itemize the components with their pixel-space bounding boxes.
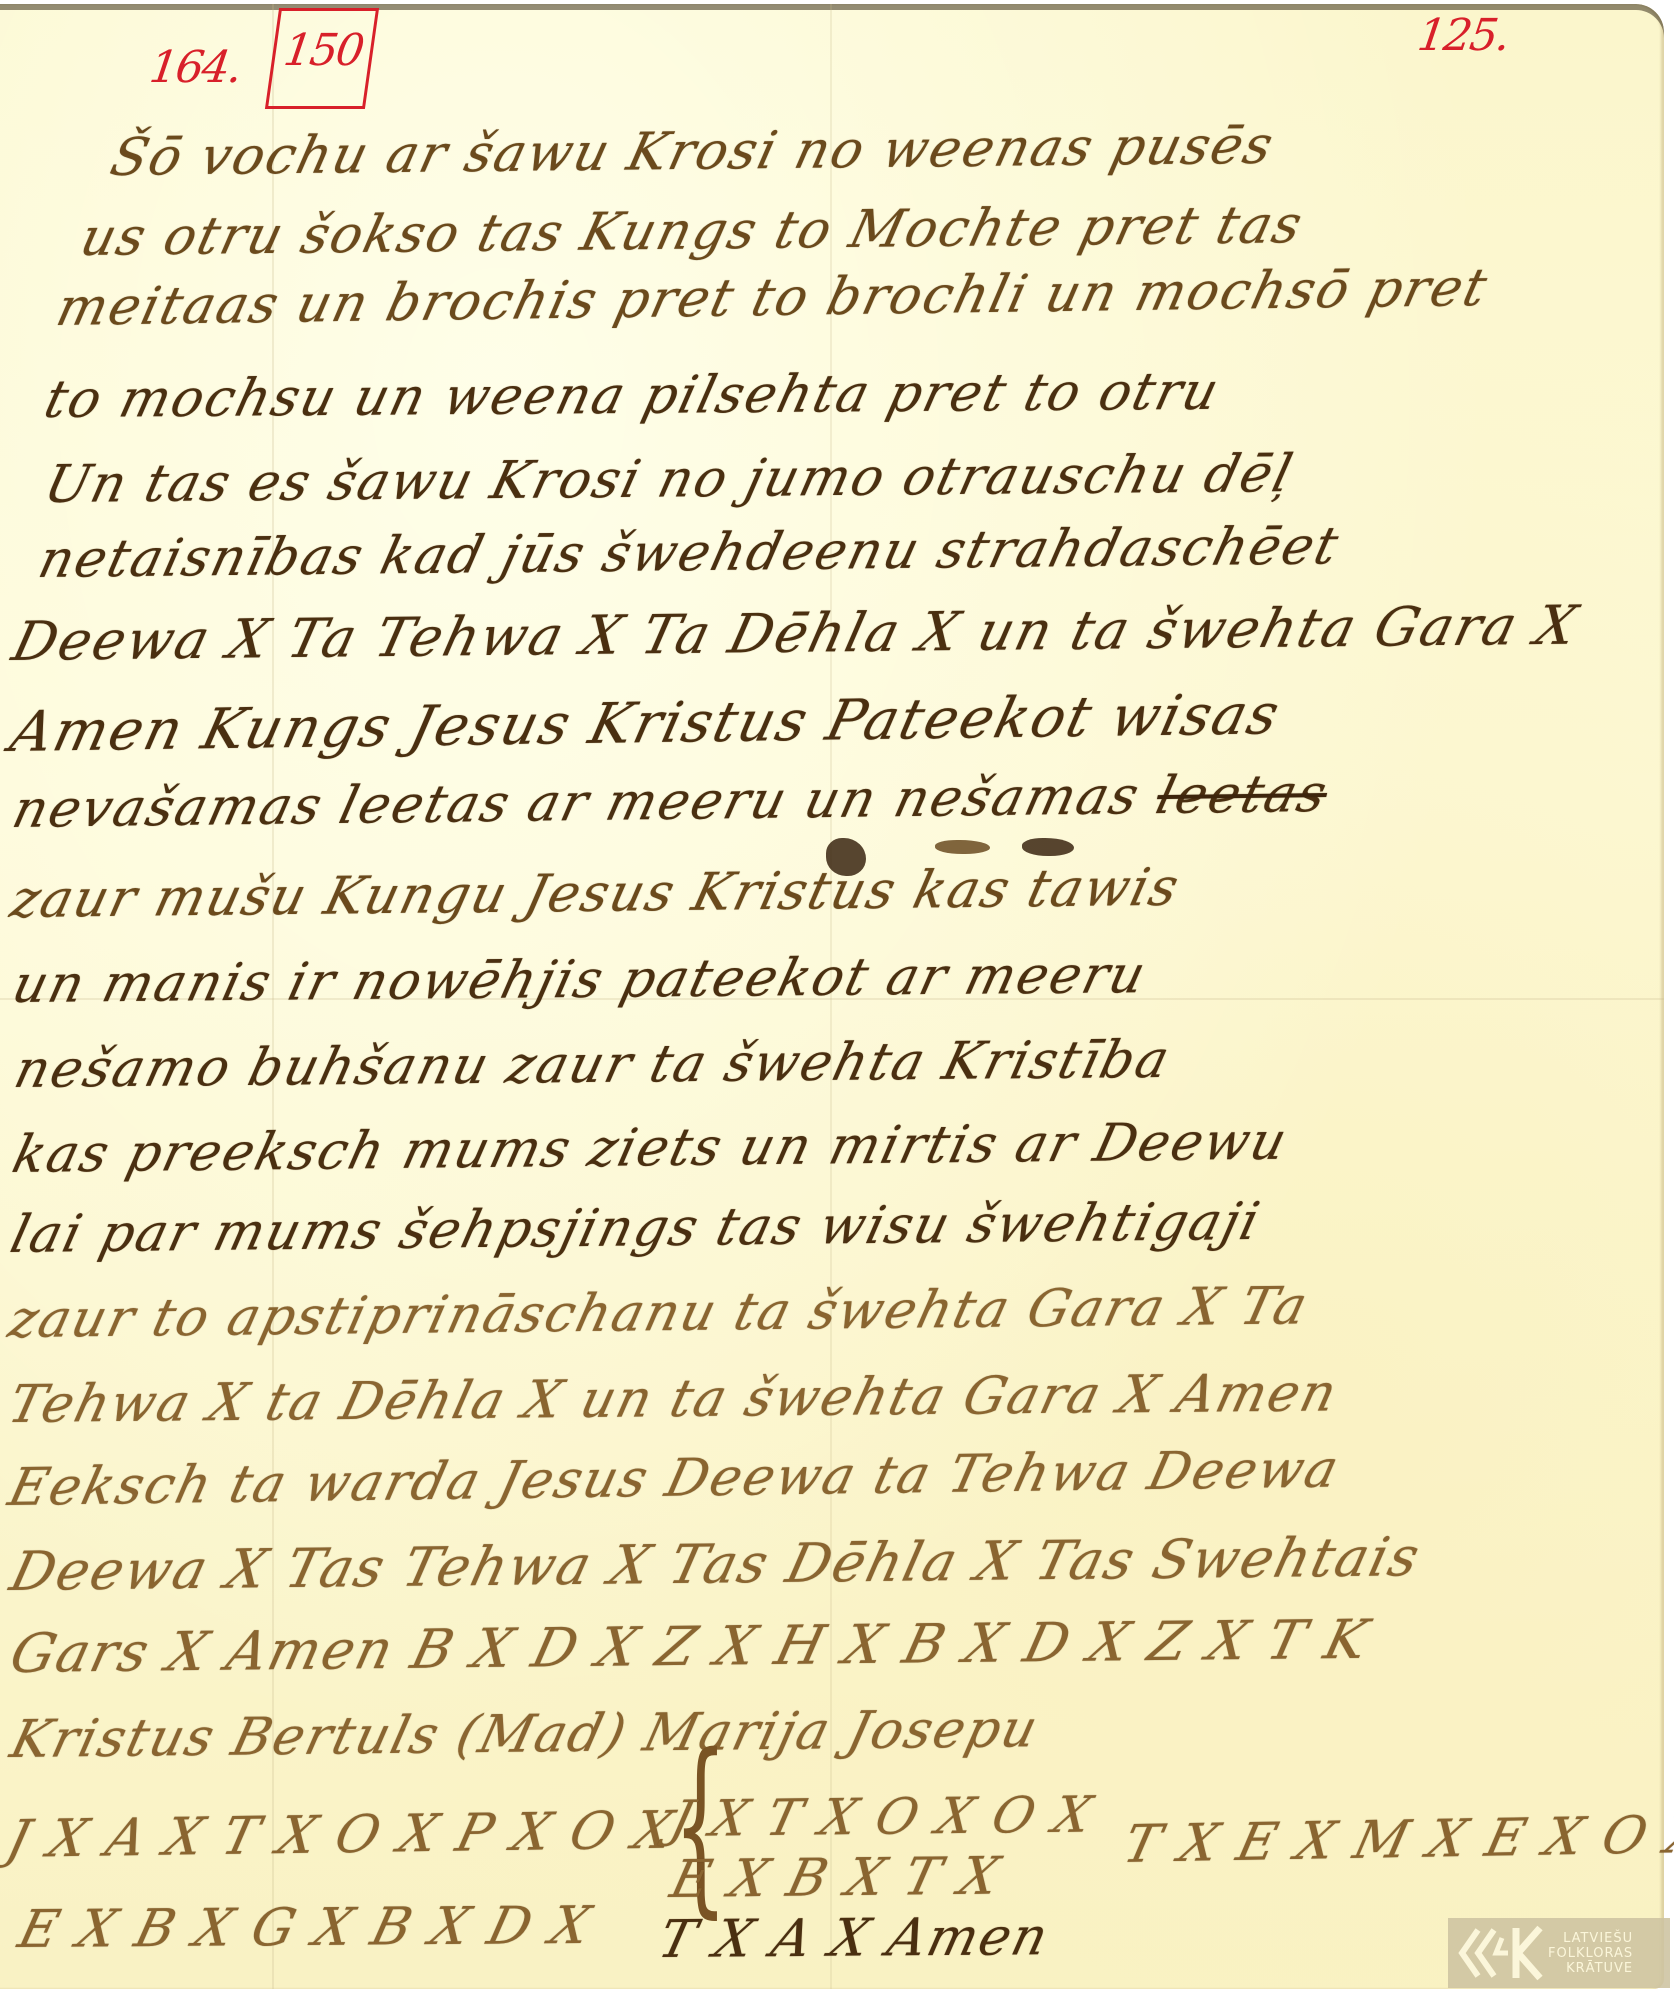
handwritten-line: T X E X M X E X O X T X [1118,1803,1674,1875]
logo-chevron-k-icon [1456,1924,1544,1982]
handwritten-line: E X B X T X [665,1847,1007,1910]
handwritten-line: un manis ir nowēhjis pateekot ar meeru [7,945,1153,1015]
scanned-page: 164. 150 125. Šō vochu ar šawu Krosi no … [0,0,1674,2000]
handwritten-line: Un tas es šawu Krosi no jumo otrauschu d… [39,444,1300,515]
struck-out-word: leetas [1151,764,1334,826]
handwritten-line: nešamo buhšanu zaur ta šwehta Kristība [9,1030,1177,1100]
handwritten-line: zaur mušu Kungu Jesus Kristus kas tawis [5,858,1186,930]
logo-line-2: FOLKLORAS [1548,1946,1633,1961]
handwritten-line: J X T X O X O X [665,1786,1099,1848]
ink-blot [826,838,866,876]
handwritten-line: to mochsu un weena pilsehta pret to otru [39,362,1226,430]
handwritten-line: J X A X T X O X P X O X [1,1801,681,1870]
handwritten-line: Tehwa X ta Dēhla X un ta šwehta Gara X A… [3,1363,1344,1435]
handwritten-line: Kristus Bertuls (Mad) Marija Josepu [5,1699,1045,1770]
handwritten-line: Šō vochu ar šawu Krosi no weenas pusēs [105,116,1281,188]
archive-number-left: 164. [146,42,243,93]
ink-blot [1022,838,1074,856]
archive-logo: LATVIEŠU FOLKLORAS KRĀTUVE [1448,1918,1670,1988]
handwritten-line: T X A X Amen [653,1907,1056,1970]
handwritten-line: E X B X G X B X D X [13,1896,598,1960]
ink-blot [935,840,990,854]
logo-text: LATVIEŠU FOLKLORAS KRĀTUVE [1548,1931,1633,1976]
logo-line-3: KRĀTUVE [1566,1961,1633,1976]
logo-line-1: LATVIEŠU [1563,1931,1633,1946]
archive-number-boxed: 150 [265,8,379,109]
archive-number-right: 125. [1414,10,1511,61]
